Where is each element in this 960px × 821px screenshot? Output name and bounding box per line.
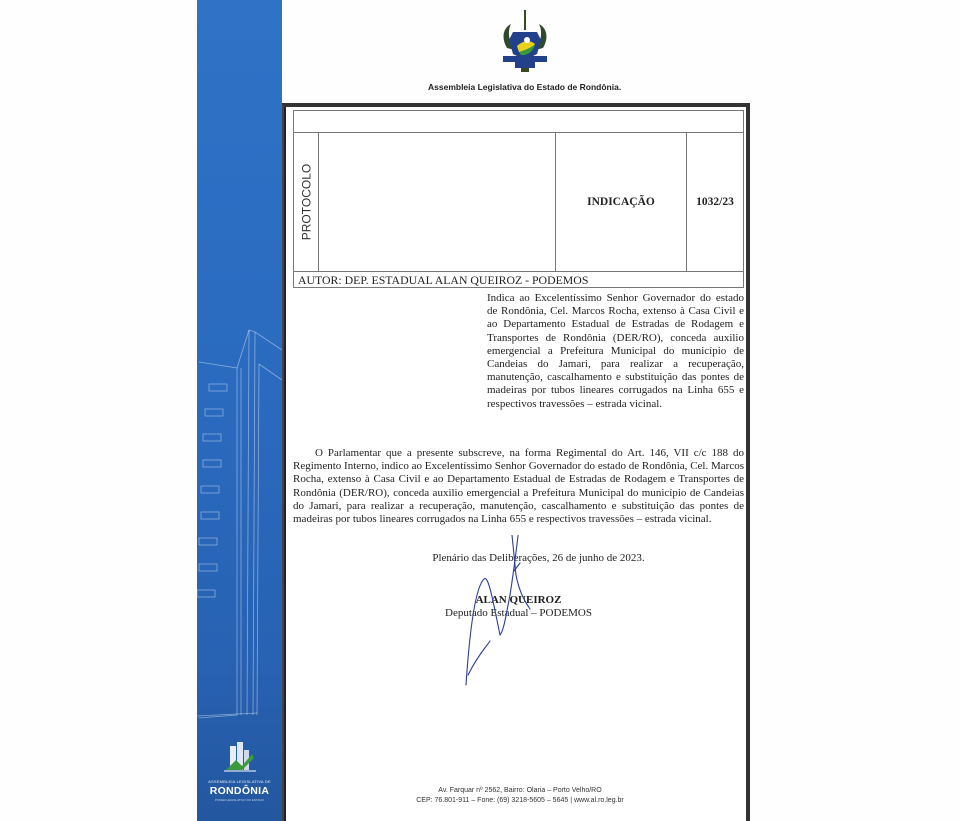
document-number: 1032/23 bbox=[696, 196, 734, 208]
author-line: AUTOR: DEP. ESTADUAL ALAN QUEIROZ - PODE… bbox=[294, 271, 743, 289]
logo-caption-tiny: PODER LEGISLATIVO DO ESTADO bbox=[197, 798, 282, 802]
handwritten-signature-icon bbox=[430, 535, 550, 695]
footer-address: Av. Farquar nº 2562, Bairro: Olaria – Po… bbox=[370, 786, 670, 796]
header-table-top-row bbox=[294, 111, 743, 133]
organization-title: Assembleia Legislativa do Estado de Rond… bbox=[428, 82, 621, 92]
protocol-header-table: PROTOCOLO INDICAÇÃO 1032/23 AUTOR: DEP. … bbox=[293, 110, 744, 288]
ementa-summary: Indica ao Excelentíssimo Senhor Governad… bbox=[487, 292, 744, 411]
ale-ro-logo: ASSEMBLEIA LEGISLATIVA DE RONDÔNIA PODER… bbox=[197, 740, 282, 802]
logo-caption-small: ASSEMBLEIA LEGISLATIVA DE bbox=[197, 779, 282, 784]
letterhead-side-band: ASSEMBLEIA LEGISLATIVA DE RONDÔNIA PODER… bbox=[197, 0, 282, 821]
letterhead-footer: Av. Farquar nº 2562, Bairro: Olaria – Po… bbox=[370, 786, 670, 806]
protocol-cell: PROTOCOLO bbox=[294, 132, 319, 271]
body-paragraph: O Parlamentar que a presente subscreve, … bbox=[293, 447, 744, 526]
document-number-cell: 1032/23 bbox=[687, 132, 743, 271]
protocol-label: PROTOCOLO bbox=[300, 191, 314, 212]
building-outline-icon bbox=[197, 0, 282, 740]
document-type: INDICAÇÃO bbox=[587, 196, 655, 208]
document-type-cell: INDICAÇÃO bbox=[556, 132, 687, 271]
protocol-stamp-area bbox=[319, 132, 556, 271]
state-coat-of-arms-icon bbox=[497, 10, 553, 76]
building-logo-icon bbox=[220, 740, 260, 774]
footer-contact: CEP: 76.801-911 – Fone: (69) 3218-5605 –… bbox=[370, 796, 670, 806]
logo-caption-big: RONDÔNIA bbox=[197, 785, 282, 797]
